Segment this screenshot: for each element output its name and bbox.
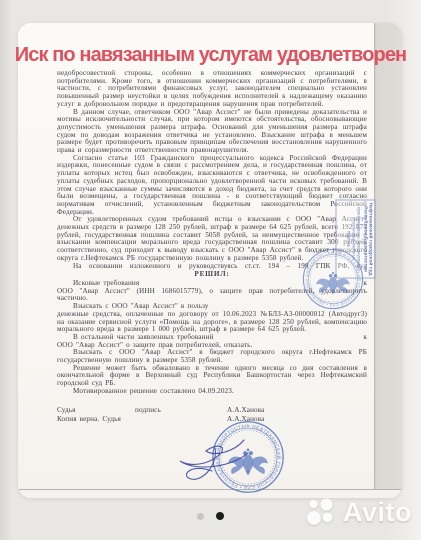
page-dot-inactive[interactable] <box>197 513 204 520</box>
decision-paragraph: Взыскать с ООО "Авар Ассист" в бюджет го… <box>57 349 367 364</box>
decision-paragraph: денежные средства, оплаченные по договор… <box>57 311 367 334</box>
decision-paragraph: Согласно статье 103 Гражданского процесс… <box>57 155 367 217</box>
listing-photo-card[interactable]: недобросовестной стороны, особенно в отн… <box>18 23 402 498</box>
decision-paragraph: недобросовестной стороны, особенно в отн… <box>57 70 367 109</box>
decision-line-right: к <box>363 334 367 342</box>
decision-paragraph: Решение может быть обжаловано в течение … <box>57 365 367 388</box>
side-stamp-line: Нефтекамский городской суд <box>367 202 372 277</box>
avito-logo-icon <box>307 497 338 528</box>
copy-label: Копия верна. Судья <box>57 416 227 424</box>
court-round-stamp-icon: • НЕФТЕКАМСКИЙ ГОРОДСКОЙ СУД • РЕСПУБЛИК… <box>301 247 365 311</box>
judge-signature <box>160 430 275 485</box>
double-eagle-emblem-icon <box>316 272 350 295</box>
decision-paragraph: Мотивированное решение составлено 04.09.… <box>57 388 367 396</box>
signature-label: подпись <box>135 407 227 415</box>
avito-watermark: Avito <box>307 497 412 528</box>
avito-watermark-label: Avito <box>343 497 412 528</box>
judge-label: Судья <box>57 407 135 415</box>
photo-background-strip <box>374 23 402 489</box>
page-dot-active[interactable] <box>216 512 224 520</box>
judge-name: А.А.Ханова <box>227 407 367 415</box>
decision-paragraph: В данном случае, ответчиком ООО "Авар Ас… <box>57 109 367 155</box>
listing-title: Иск по навязанным услугам удовлетворен <box>0 44 421 67</box>
signature-row: Судья подпись А.А.Ханова <box>57 407 367 415</box>
